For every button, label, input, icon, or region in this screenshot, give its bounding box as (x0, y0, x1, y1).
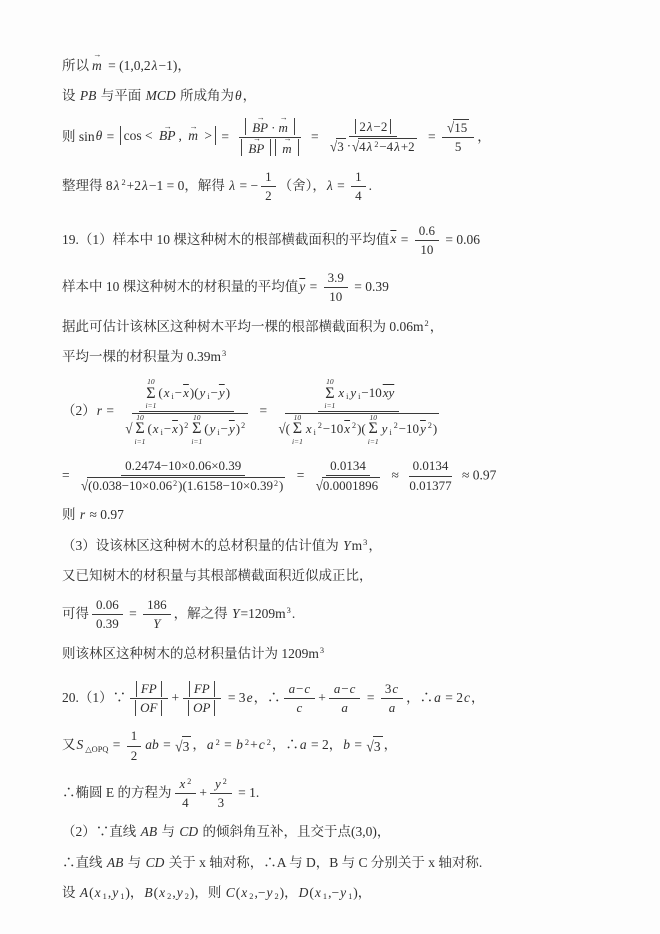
fraction-denominator: 0.39 (92, 615, 123, 632)
text-run: = (160, 737, 174, 752)
text-run: 则 (62, 507, 79, 522)
text-run: 所成角为 (177, 88, 234, 103)
fraction-numerator: 0.6 (415, 223, 439, 241)
text-run: 4 (182, 795, 189, 810)
text-run: +2 (401, 139, 415, 154)
radicand: 10Σi=1(xi−x)210Σi=1(yi−y)2 (132, 413, 249, 446)
fraction-denominator: 4 (178, 794, 193, 811)
variable: λ (141, 178, 149, 193)
text-run: 0.06 (96, 597, 119, 612)
line-19-2-r-formula: （2）r = 10Σi=1(xi−x)(yi−y)√10Σi=1(xi−x)21… (62, 377, 598, 447)
text-run: 样本中 10 棵这种树木的材积量的平均值 (62, 279, 298, 294)
text-run: −10 (323, 421, 343, 436)
text-run: ( (286, 421, 290, 436)
text-run: ， (192, 737, 206, 752)
line-19-2-r-computation: = 0.2474−10×0.06×0.39√(0.038−10×0.062)(1… (62, 457, 598, 496)
text-run: ,− (254, 885, 265, 900)
fraction-numerator: FP (183, 681, 221, 699)
vector-arrow: BP (158, 128, 177, 144)
line-19-3-setup: （3）设该林区这种树木的总材积量的估计值为 Ym3， (62, 536, 598, 556)
fraction: FPOF (129, 681, 168, 717)
text-run: （3）设该林区这种树木的总材积量的估计值为 (62, 538, 342, 553)
variable: Y (231, 606, 241, 621)
text-run: )， (280, 885, 298, 900)
text-run: = (351, 737, 365, 752)
line-vector-m: 所以m = (1,0,2λ−1)， (62, 54, 598, 76)
radical-sign: √ (352, 138, 359, 156)
text-run: ( (204, 421, 208, 436)
text-run: = (62, 467, 73, 482)
text-run: ) (433, 421, 437, 436)
text-run: 与 (158, 824, 178, 839)
variable: CD (145, 855, 166, 870)
text-run: =1209m (241, 606, 286, 621)
variable: a (206, 737, 215, 752)
text-run: 20.（1）∵ (62, 690, 126, 705)
fraction-numerator: 1 (261, 169, 276, 187)
fraction-denominator: a (384, 699, 401, 716)
text-run: ，∴ (254, 690, 281, 705)
text-run: )( (357, 421, 366, 436)
radicand: 0.0001896 (322, 477, 380, 494)
text-run: > (201, 128, 212, 143)
radical-sign: √ (316, 477, 323, 495)
variable: x (305, 421, 313, 436)
text-run: . (369, 178, 372, 193)
variable: A (79, 885, 89, 900)
radicand: 4λ2−4λ+2 (358, 138, 417, 155)
text-run: ( (89, 885, 94, 900)
absolute-value: OP (188, 700, 215, 716)
fraction: 186Y (143, 597, 171, 633)
fraction: 12 (127, 728, 142, 764)
sqrt-radical: √3 (330, 138, 346, 155)
text-run: · (271, 120, 275, 135)
text-run: 2 (359, 119, 366, 134)
variable: OP (192, 700, 211, 715)
sum-lower-limit: i=1 (191, 438, 202, 446)
fraction-denominator: √10Σi=1(xi−x)210Σi=1(yi−y)2 (120, 412, 253, 446)
text-run: ≈ (388, 467, 402, 482)
radicand: (0.038−10×0.062)(1.6158−10×0.392) (87, 477, 285, 494)
variable: y (214, 776, 222, 791)
overbar: x (171, 421, 179, 436)
text-run: = (103, 403, 117, 418)
text-run: ∴椭圆 E 的方程为 (62, 785, 172, 800)
sum-lower-limit: i=1 (368, 438, 379, 446)
text-run: 0.6 (419, 223, 435, 238)
variable: b (342, 737, 351, 752)
text-run: 的倾斜角互补，且交于点(3,0)， (199, 824, 390, 839)
vector-arrow: BP (247, 141, 265, 157)
text-run: ， (243, 88, 257, 103)
line-19-3-result: 则该林区这种树木的总材积量估计为 1209m3 (62, 644, 598, 664)
variable: C (225, 885, 236, 900)
text-run: + (318, 690, 326, 705)
subscript: △OPQ (84, 745, 109, 754)
variable: FP (140, 681, 158, 696)
line-20-2-lines-setup: （2）∵直线 AB 与 CD 的倾斜角互补，且交于点(3,0)， (62, 822, 598, 842)
text-run: （舍）， (279, 178, 326, 193)
fraction-numerator: 2λ−2 (349, 119, 397, 137)
sum-lower-limit: i=1 (135, 438, 146, 446)
text-run: 0.0134 (413, 458, 449, 473)
variable: x (94, 885, 102, 900)
variable: AB (140, 824, 159, 839)
text-run: = (425, 128, 439, 143)
fraction-denominator: 2 (261, 187, 276, 204)
text-run: = (126, 606, 140, 621)
fraction-numerator: 3c (381, 681, 403, 699)
fraction-denominator: √0.0001896 (311, 476, 385, 495)
text-run: ， (430, 319, 444, 334)
fraction-numerator: 3.9 (324, 270, 348, 288)
overbar: y (228, 421, 236, 436)
summation: 10Σi=1 (368, 414, 379, 446)
absolute-value: OF (135, 700, 162, 716)
fraction-denominator: 0.01377 (405, 477, 455, 494)
variable: θ (234, 88, 243, 103)
radical-sign: √ (447, 119, 454, 137)
fraction-denominator: a (336, 699, 353, 716)
text-run: −2 (374, 119, 388, 134)
vector-arrow: m (277, 120, 288, 136)
variable: a (288, 681, 297, 696)
sigma-symbol: Σ (192, 421, 201, 438)
fraction-numerator: 0.2474−10×0.06×0.39 (121, 458, 245, 476)
fraction-denominator: 3 (214, 794, 229, 811)
sqrt-radical: √3 (175, 736, 191, 757)
radicand: 15 (453, 119, 469, 136)
text-run: 据此可估计该林区这种树木平均一棵的根部横截面积为 0.06m (62, 319, 424, 334)
radical-sign: √ (175, 735, 182, 758)
text-run: −1)， (158, 58, 190, 73)
fraction: a−cc (284, 681, 316, 717)
text-run: 则该林区这种树木的总材积量估计为 1209m (62, 646, 319, 661)
sqrt-radical: √10Σi=1(xi−x)210Σi=1(yi−y)2 (125, 413, 248, 446)
variable: a (433, 690, 442, 705)
fraction: y23 (210, 776, 232, 812)
variable: θ (95, 128, 104, 143)
sum-lower-limit: i=1 (324, 402, 335, 410)
variable: CD (178, 824, 199, 839)
fraction-numerator: FP (130, 681, 168, 699)
text-run: ， (384, 737, 398, 752)
line-19-3-solve: 可得0.060.39 = 186Y，解之得 Y=1209m3. (62, 596, 598, 634)
radicand: 3 (336, 138, 346, 155)
vector-arrow: m (91, 56, 103, 76)
text-run: = (218, 128, 232, 143)
variable: λ (366, 119, 374, 134)
text-run: )(1.6158−10×0.39 (178, 478, 273, 493)
text-run: = 2 (442, 690, 463, 705)
fraction: BP·mBPm (235, 118, 304, 158)
text-run: 设 (62, 88, 79, 103)
fraction: 0.060.39 (92, 597, 123, 633)
text-run: 2 (131, 748, 138, 763)
text-run: 设 (62, 885, 79, 900)
variable: OF (139, 700, 158, 715)
fraction: 0.0134√0.0001896 (311, 458, 385, 495)
fraction: 0.01340.01377 (405, 458, 455, 494)
fraction-denominator: c (291, 699, 307, 716)
text-run: 186 (147, 597, 167, 612)
line-20-1-ab-values: 又S△OPQ = 12ab = √3，a2 = b2+c2，∴a = 2，b =… (62, 727, 598, 765)
radical-sign: √ (330, 138, 337, 156)
fraction-denominator: BPm (235, 138, 304, 157)
fraction-denominator: OP (182, 699, 221, 716)
fraction-denominator: Y (148, 615, 165, 632)
text-run: )，则 (190, 885, 225, 900)
fraction-numerator: y2 (210, 776, 232, 794)
text-run: )， (125, 885, 143, 900)
variable: PB (79, 88, 98, 103)
text-run: = 2， (308, 737, 343, 752)
fraction: FPOP (182, 681, 221, 717)
fraction: 2λ−2√3·√4λ2−4λ+2 (325, 119, 422, 156)
summation: 10Σi=1 (292, 414, 303, 446)
text-run: 2 (265, 188, 272, 203)
text-run: + (171, 690, 179, 705)
summation: 10Σi=1 (145, 378, 156, 410)
text-run: 4 (355, 188, 362, 203)
variable: B (143, 885, 153, 900)
variable: x (314, 885, 322, 900)
overbar: x (343, 421, 351, 436)
text-run: = 0.39 (351, 279, 389, 294)
line-20-2-symmetry: ∴直线 AB 与 CD 关于 x 轴对称，∴A 与 D，B 与 C 分别关于 x… (62, 853, 598, 873)
line-19-1-xbar: 19.（1）样本中 10 棵这种树木的根部横截面积的平均值x = 0.610 =… (62, 222, 598, 260)
text-run: = (334, 178, 348, 193)
absolute-value: FP (189, 681, 215, 697)
text-run: ， (471, 690, 485, 705)
sum-lower-limit: i=1 (145, 402, 156, 410)
variable: x (152, 421, 160, 436)
fraction-denominator: 4 (351, 187, 366, 204)
absolute-value: cos < BP, m > (120, 126, 216, 144)
sqrt-radical: √4λ2−4λ+2 (352, 138, 417, 155)
variable: e (246, 690, 254, 705)
overbar: y (218, 385, 226, 400)
text-run: 4 (359, 139, 366, 154)
text-run: 1 (265, 169, 272, 184)
variable: D (298, 885, 310, 900)
absolute-value: FP (136, 681, 162, 697)
variable: y (349, 385, 357, 400)
text-run: = (256, 403, 270, 418)
text-run: = (221, 737, 235, 752)
summation: 10Σi=1 (191, 414, 202, 446)
text-run: ) (279, 478, 283, 493)
sqrt-radical: √(0.038−10×0.062)(1.6158−10×0.392) (81, 477, 285, 494)
line-20-2-points: 设 A(x1,y1)，B(x2,y2)，则 C(x2,−y2)，D(x1,−y1… (62, 883, 598, 904)
radicand: (10Σi=1xi2−10x2)(10Σi=1yi2−10y2) (285, 413, 440, 446)
fraction-denominator: 5 (451, 138, 466, 155)
superscript: 3 (319, 646, 325, 655)
variable: MCD (145, 88, 177, 103)
variable: c (349, 681, 357, 696)
fraction-numerator: 1 (351, 169, 366, 187)
text-run: 0.01377 (409, 478, 451, 493)
fraction-numerator: a−c (284, 681, 316, 699)
text-run: ∴直线 (62, 855, 106, 870)
text-run: ，∴ (406, 690, 433, 705)
fraction-denominator: 10 (325, 288, 346, 305)
text-run: = (1,0,2 (105, 58, 151, 73)
variable: λ (326, 178, 334, 193)
sqrt-radical: √15 (447, 119, 469, 136)
text-run: 3 (337, 139, 344, 154)
text-run: 关于 x 轴对称，∴A 与 D，B 与 C 分别关于 x 轴对称. (165, 855, 482, 870)
text-run: ， (368, 538, 382, 553)
variable: y (339, 885, 347, 900)
line-20-1-ellipse-equation: ∴椭圆 E 的方程为x24+y23 = 1. (62, 775, 598, 813)
fraction: 0.2474−10×0.06×0.39√(0.038−10×0.062)(1.6… (76, 458, 290, 495)
fraction-denominator: OF (129, 699, 168, 716)
text-run: = − (236, 178, 258, 193)
variable: S (76, 737, 85, 752)
fraction-numerator: x2 (175, 776, 197, 794)
text-run: 5 (455, 139, 462, 154)
text-run: )， (353, 885, 371, 900)
fraction: 10Σi=1xiyi−10xy√(10Σi=1xi2−10x2)(10Σi=1y… (273, 378, 444, 446)
radicand: 3 (373, 736, 383, 757)
text-run: 3 (183, 739, 190, 754)
fraction-denominator: 2 (127, 747, 142, 764)
radicand: 3 (182, 736, 192, 757)
absolute-value: BP (241, 139, 271, 157)
fraction: 10Σi=1(xi−x)(yi−y)√10Σi=1(xi−x)210Σi=1(y… (120, 378, 253, 446)
text-run: （2）∵直线 (62, 824, 140, 839)
superscript: 3 (221, 349, 227, 358)
variable: ab (144, 737, 160, 752)
vector-arrow: m (187, 128, 199, 144)
text-run: 所以 (62, 58, 89, 73)
text-run: = (363, 690, 377, 705)
text-run: ，∴ (272, 737, 299, 752)
fraction: 14 (351, 169, 366, 205)
fraction: 0.610 (415, 223, 439, 259)
text-run: 则 sin (62, 128, 95, 143)
variable: c (391, 681, 399, 696)
variable: c (303, 681, 311, 696)
sigma-symbol: Σ (325, 386, 334, 403)
sigma-symbol: Σ (135, 421, 144, 438)
text-run: (0.038−10×0.06 (88, 478, 172, 493)
variable: y (111, 885, 119, 900)
superscript: 2 (183, 421, 189, 430)
radical-sign: √ (278, 420, 285, 438)
variable: b (235, 737, 244, 752)
text-run: = (306, 279, 320, 294)
solution-text-block: 所以m = (1,0,2λ−1)，设 PB 与平面 MCD 所成角为θ，则 si… (0, 0, 660, 904)
text-run: −4 (379, 139, 393, 154)
fraction: 3.910 (324, 270, 348, 306)
document-page: 所以m = (1,0,2λ−1)，设 PB 与平面 MCD 所成角为θ，则 si… (0, 0, 660, 934)
fraction: x24 (175, 776, 197, 812)
text-run: − (341, 681, 348, 696)
sigma-symbol: Σ (146, 386, 155, 403)
superscript: 2 (240, 421, 246, 430)
variable: λ (228, 178, 236, 193)
text-run: ) (226, 385, 230, 400)
line-20-1-eccentricity: 20.（1）∵FPOF+FPOP = 3e，∴a−cc+a−ca = 3ca，∴… (62, 680, 598, 718)
text-run: − (221, 421, 228, 436)
fraction-denominator: 10 (416, 241, 437, 258)
fraction-denominator: √(0.038−10×0.062)(1.6158−10×0.392) (76, 476, 290, 495)
fraction-denominator: √(10Σi=1xi2−10x2)(10Σi=1yi2−10y2) (273, 412, 444, 446)
text-run: （2） (62, 403, 96, 418)
line-19-1-ybar: 样本中 10 棵这种树木的材积量的平均值y = 3.910 = 0.39 (62, 269, 598, 307)
fraction-numerator: 0.0134 (326, 458, 370, 476)
line-19-1-area-estimate: 据此可估计该林区这种树木平均一棵的根部横截面积为 0.06m2， (62, 317, 598, 337)
fraction: a−ca (329, 681, 361, 717)
line-19-1-volume-estimate: 平均一棵的材积量为 0.39m3 (62, 347, 598, 367)
vector-arrow: BP (251, 120, 269, 136)
sum-lower-limit: i=1 (292, 438, 303, 446)
text-run: 与平面 (97, 88, 144, 103)
text-run: 3.9 (328, 270, 344, 285)
variable: AB (106, 855, 125, 870)
text-run: +2 (127, 178, 141, 193)
radical-sign: √ (125, 420, 132, 438)
text-run: − (175, 385, 182, 400)
text-run: · (347, 138, 351, 153)
text-run: = 0.06 (442, 231, 480, 246)
variable: r (96, 403, 103, 418)
line-sin-theta: 则 sinθ = cos < BP, m > = BP·mBPm = 2λ−2√… (62, 117, 598, 159)
text-run: = (397, 231, 411, 246)
variable: λ (393, 139, 401, 154)
variable: x (158, 885, 166, 900)
sqrt-radical: √3 (366, 736, 382, 757)
text-run: + (250, 737, 258, 752)
text-run: + (199, 785, 207, 800)
text-run: 1 (131, 728, 138, 743)
text-run: ≈ 0.97 (86, 507, 124, 522)
text-run: = (293, 467, 307, 482)
text-run: 19.（1）样本中 10 棵这种树木的根部横截面积的平均值 (62, 231, 389, 246)
fraction-numerator: 0.0134 (409, 458, 453, 476)
summation: 10Σi=1 (135, 414, 146, 446)
text-run: 与 (124, 855, 144, 870)
text-run: 10 (329, 289, 342, 304)
line-angle-setup: 设 PB 与平面 MCD 所成角为θ， (62, 86, 598, 106)
overbar: x (182, 385, 190, 400)
fraction-numerator: √15 (442, 119, 474, 139)
variable: c (463, 690, 471, 705)
text-run: 可得 (62, 606, 89, 621)
fraction-numerator: a−c (329, 681, 361, 699)
fraction: 12 (261, 169, 276, 205)
fraction-numerator: 1 (127, 728, 142, 746)
variable: x (337, 385, 345, 400)
fraction-denominator: √3·√4λ2−4λ+2 (325, 137, 422, 156)
text-run: 又已知树木的材积量与其根部横截面积近似成正比， (62, 568, 373, 583)
text-run: 1 (355, 169, 362, 184)
text-run: m (352, 538, 363, 553)
fraction-numerator: 186 (143, 597, 171, 615)
text-run: 又 (62, 737, 76, 752)
fraction-numerator: 10Σi=1(xi−x)(yi−y) (139, 378, 234, 412)
text-run: − (211, 385, 218, 400)
fraction-numerator: 10Σi=1xiyi−10xy (318, 378, 399, 412)
radical-sign: √ (81, 477, 88, 495)
variable: a (340, 700, 349, 715)
superscript: 2 (186, 777, 192, 786)
sigma-symbol: Σ (369, 421, 378, 438)
text-run: ，解之得 (174, 606, 231, 621)
